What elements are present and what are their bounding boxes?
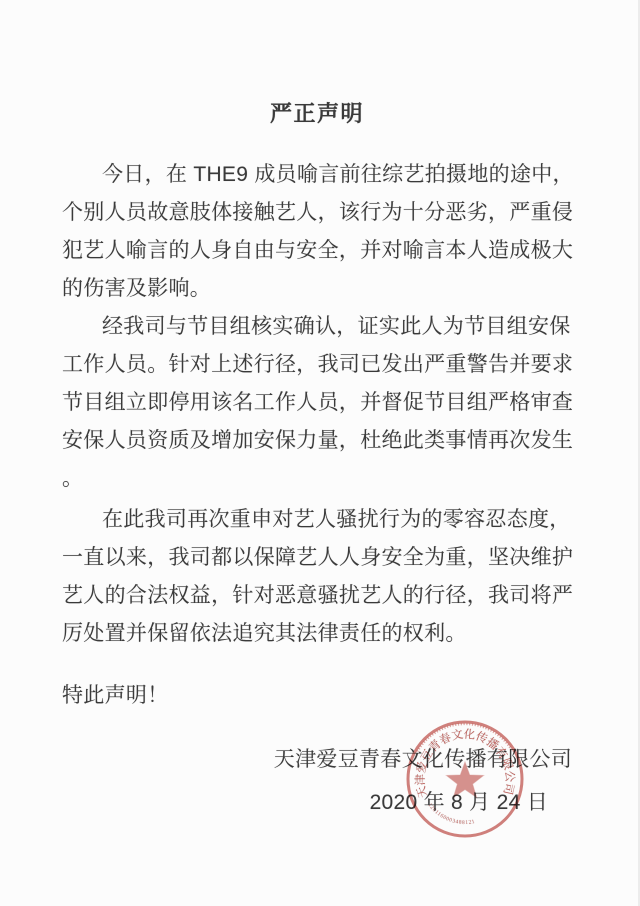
text-line: 一直以来，我司都以保障艺人人身安全为重，坚决维护 (62, 539, 572, 577)
text-line: 。 (62, 460, 572, 498)
text-line: 艺人的合法权益，针对恶意骚扰艺人的行径，我司将严 (62, 577, 572, 615)
paragraph-3: 在此我司再次重申对艺人骚扰行为的零容忍态度， 一直以来，我司都以保障艺人人身安全… (62, 501, 572, 653)
text-line: 犯艺人喻言的人身自由与安全，并对喻言本人造成极大 (62, 232, 572, 270)
text-line: 节目组立即停用该名工作人员，并督促节目组严格审查 (62, 384, 572, 422)
text-line: 安保人员资质及增加安保力量，杜绝此类事情再次发生 (62, 422, 572, 460)
text-line: 工作人员。针对上述行径，我司已发出严重警告并要求 (62, 346, 572, 384)
text-line: 的伤害及影响。 (62, 270, 572, 308)
document-title: 严正声明 (62, 95, 572, 133)
text-line: 今日，在 THE9 成员喻言前往综艺拍摄地的途中， (62, 156, 572, 194)
text-line: 经我司与节目组核实确认，证实此人为节目组安保 (62, 308, 572, 346)
closing-statement: 特此声明！ (62, 677, 572, 715)
text-line: 厉处置并保留依法追究其法律责任的权利。 (62, 615, 572, 653)
statement-document: 严正声明 今日，在 THE9 成员喻言前往综艺拍摄地的途中， 个别人员故意肢体接… (0, 0, 640, 906)
company-name: 天津爱豆青春文化传播有限公司 (62, 741, 572, 779)
company-seal-stamp: 天津爱豆青春文化传播有限公司 1201160003488121 (385, 699, 545, 859)
statement-date: 2020 年 8 月 24 日 (62, 784, 572, 822)
text-line: 个别人员故意肢体接触艺人，该行为十分恶劣，严重侵 (62, 194, 572, 232)
text-line: 在此我司再次重申对艺人骚扰行为的零容忍态度， (62, 501, 572, 539)
paragraph-1: 今日，在 THE9 成员喻言前往综艺拍摄地的途中， 个别人员故意肢体接触艺人，该… (62, 156, 572, 308)
paragraph-2: 经我司与节目组核实确认，证实此人为节目组安保 工作人员。针对上述行径，我司已发出… (62, 308, 572, 498)
